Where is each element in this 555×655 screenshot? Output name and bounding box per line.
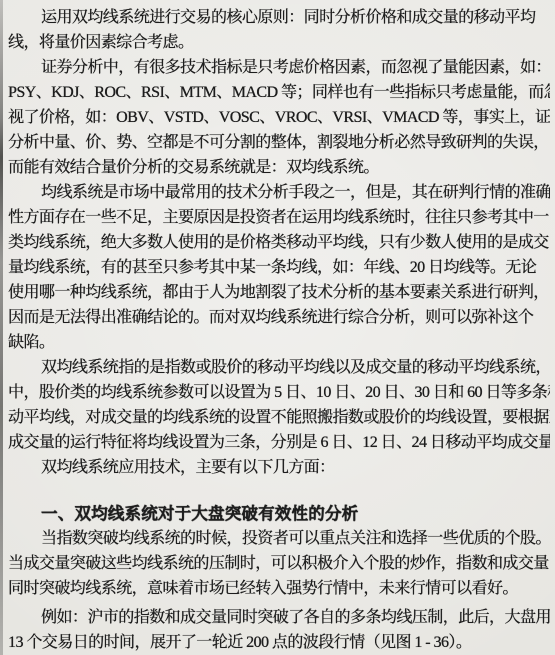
section-heading: 一、双均线系统对于大盘突破有效性的分析 [8, 501, 550, 526]
text-line: PSY、KDJ、ROC、RSI、MTM、MACD 等；同样也有一些指标只考虑量能… [8, 80, 550, 105]
text-line: 缺陷。 [8, 330, 550, 355]
paragraph-indicators: 证券分析中，有很多技术指标是只考虑价格因素，而忽视了量能因素，如： PSY、KD… [8, 55, 550, 180]
text-line: 线，将量价因素综合考虑。 [8, 30, 550, 55]
text-line: 当成交量突破这些均线系统的压制时，可以积极介入个股的炒作，指数和成交量 [8, 551, 550, 576]
paragraph-breakout-analysis: 当指数突破均线系统的时候，投资者可以重点关注和选择一些优质的个股。 当成交量突破… [8, 526, 550, 601]
text-line: 当指数突破均线系统的时候，投资者可以重点关注和选择一些优质的个股。 [8, 526, 550, 551]
text-line: 成交量的运行特征将均线设置为三条，分别是 6 日、12 日、24 日移动平均成交… [8, 430, 550, 455]
text-line: 证券分析中，有很多技术指标是只考虑价格因素，而忽视了量能因素，如： [8, 55, 550, 80]
text-line: 运用双均线系统进行交易的核心原则：同时分析价格和成交量的移动平均 [8, 5, 550, 30]
text-line: 13 个交易日的时间，展开了一轮近 200 点的波段行情（见图 1 - 36）。 [8, 630, 550, 655]
text-line: 视了价格，如：OBV、VSTD、VOSC、VROC、VRSI、VMACD 等，事… [8, 105, 550, 130]
book-page: 运用双均线系统进行交易的核心原则：同时分析价格和成交量的移动平均 线，将量价因素… [0, 0, 555, 655]
text-line: 因而是无法得出准确结论的。而对双均线系统进行综合分析，则可以弥补这个 [8, 305, 550, 330]
text-line: 性方面存在一些不足，主要原因是投资者在运用均线系统时，往往只参考其中一 [8, 205, 550, 230]
paragraph-example: 例如：沪市的指数和成交量同时突破了各自的多条均线压制，此后，大盘用 13 个交易… [8, 605, 550, 655]
text-line: 量均线系统，有的甚至只参考其中某一条均线，如：年线、20 日均线等。无论 [8, 255, 550, 280]
paragraph-ma-shortcomings: 均线系统是市场中最常用的技术分析手段之一，但是，其在研判行情的准确 性方面存在一… [8, 180, 550, 355]
text-line: 中，股价类的均线系统参数可以设置为 5 日、10 日、20 日、30 日和 60… [8, 380, 550, 405]
text-line: 动平均线，对成交量的均线系统的设置不能照搬指数或股价的均线设置，要根据对 [8, 405, 550, 430]
text-line: 例如：沪市的指数和成交量同时突破了各自的多条均线压制，此后，大盘用 [8, 605, 550, 630]
text-line: 而能有效结合量价分析的交易系统就是：双均线系统。 [8, 155, 550, 180]
text-line: 类均线系统，绝大多数人使用的是价格类移动平均线，只有少数人使用的是成交 [8, 230, 550, 255]
text-line: 同时突破均线系统，意味着市场已经转入强势行情中，未来行情可以看好。 [8, 576, 550, 601]
paragraph-application-intro: 双均线系统应用技术，主要有以下几方面： [8, 455, 550, 480]
text-line: 双均线系统应用技术，主要有以下几方面： [8, 455, 550, 480]
text-line: 均线系统是市场中最常用的技术分析手段之一，但是，其在研判行情的准确 [8, 180, 550, 205]
text-line: 双均线系统指的是指数或股价的移动平均线以及成交量的移动平均线系统，其 [8, 355, 550, 380]
text-line: 使用哪一种均线系统，都由于人为地割裂了技术分析的基本要素关系进行研判， [8, 280, 550, 305]
paragraph-dual-ma-definition: 双均线系统指的是指数或股价的移动平均线以及成交量的移动平均线系统，其 中，股价类… [8, 355, 550, 455]
scan-edge-shadow [0, 0, 3, 655]
text-line: 分析中量、价、势、空都是不可分割的整体，割裂地分析必然导致研判的失误， [8, 130, 550, 155]
paragraph-core-principle: 运用双均线系统进行交易的核心原则：同时分析价格和成交量的移动平均 线，将量价因素… [8, 5, 550, 55]
